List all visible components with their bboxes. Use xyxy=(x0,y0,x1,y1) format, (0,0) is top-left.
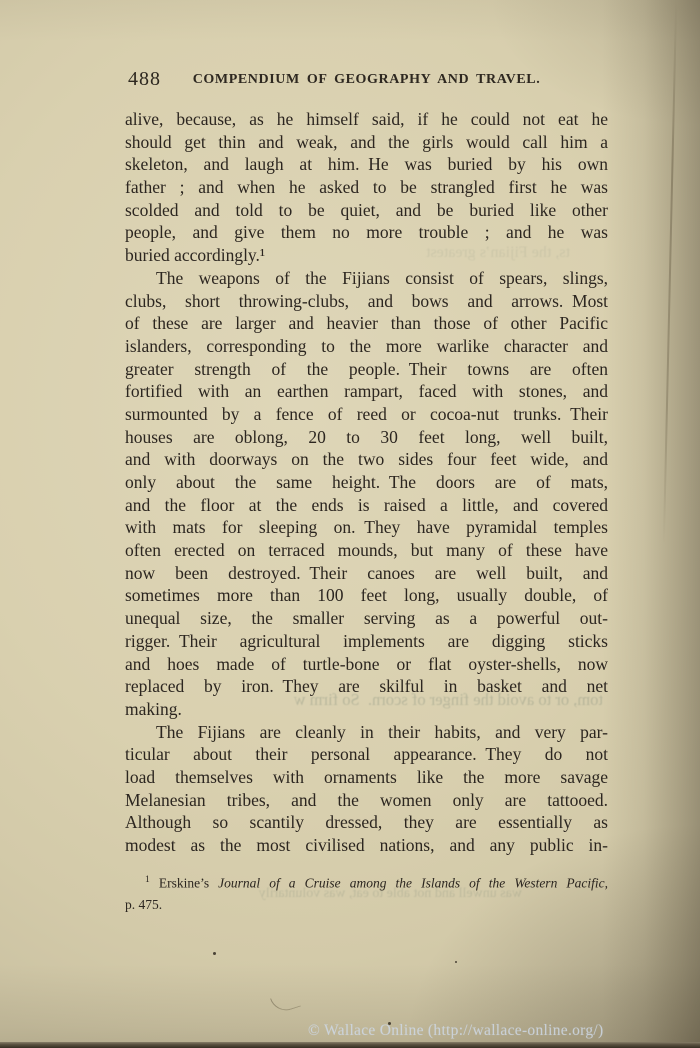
paper-speck xyxy=(455,961,457,963)
running-head: COMPENDIUM OF GEOGRAPHY AND TRAVEL. xyxy=(125,72,608,88)
text-line: skeleton, and laugh at him. He was burie… xyxy=(125,153,608,176)
text-line: should get thin and weak, and the girls … xyxy=(125,131,608,154)
fiber-mark xyxy=(270,990,301,1015)
text-line: load themselves with ornaments like the … xyxy=(125,766,608,789)
footnote: 1 Erskine’s Journal of a Cruise among th… xyxy=(125,870,608,915)
text-line: and hoes made of turtle-bone or flat oys… xyxy=(125,653,608,676)
paper-speck xyxy=(213,952,216,955)
text-line: and the floor at the ends is raised a li… xyxy=(125,494,608,517)
text-line: people, and give them no more trouble ; … xyxy=(125,221,608,244)
text-line: buried accordingly.¹ xyxy=(125,244,608,267)
page-header: 488 COMPENDIUM OF GEOGRAPHY AND TRAVEL. xyxy=(125,68,608,94)
watermark: © Wallace Online (http://wallace-online.… xyxy=(308,1022,603,1040)
body-text: alive, because, as he himself said, if h… xyxy=(125,108,608,857)
text-line: modest as the most civilised nations, an… xyxy=(125,834,608,857)
text-line: Melanesian tribes, and the women only ar… xyxy=(125,789,608,812)
text-line: The Fijians are cleanly in their habits,… xyxy=(125,721,608,744)
text-line: and with doorways on the two sides four … xyxy=(125,448,608,471)
footnote-title: Journal of a Cruise among the Islands of… xyxy=(218,876,608,891)
text-line: greater strength of the people. Their to… xyxy=(125,358,608,381)
text-line: islanders, corresponding to the more war… xyxy=(125,335,608,358)
text-line: father ; and when he asked to be strangl… xyxy=(125,176,608,199)
footnote-line-2: p. 475. xyxy=(125,894,608,915)
text-line: unequal size, the smaller serving as a p… xyxy=(125,607,608,630)
text-line: The weapons of the Fijians consist of sp… xyxy=(125,267,608,290)
text-line: of these are larger and heavier than tho… xyxy=(125,312,608,335)
text-line: fortified with an earthen rampart, faced… xyxy=(125,380,608,403)
text-line: rigger. Their agricultural implements ar… xyxy=(125,630,608,653)
text-line: now been destroyed. Their canoes are wel… xyxy=(125,562,608,585)
text-line: often erected on terraced mounds, but ma… xyxy=(125,539,608,562)
text-line: scolded and told to be quiet, and be bur… xyxy=(125,199,608,222)
text-line: Although so scantily dressed, they are e… xyxy=(125,811,608,834)
text-line: surmounted by a fence of reed or cocoa-n… xyxy=(125,403,608,426)
text-line: only about the same height. The doors ar… xyxy=(125,471,608,494)
page-bottom-edge xyxy=(0,1042,700,1048)
text-line: with mats for sleeping on. They have pyr… xyxy=(125,516,608,539)
text-line: alive, because, as he himself said, if h… xyxy=(125,108,608,131)
footnote-author: Erskine’s xyxy=(150,876,218,891)
page-crease xyxy=(663,0,677,545)
text-line: ticular about their personal appearance.… xyxy=(125,743,608,766)
text-line: replaced by iron. They are skilful in ba… xyxy=(125,675,608,698)
text-line: making. xyxy=(125,698,608,721)
footnote-line-1: 1 Erskine’s Journal of a Cruise among th… xyxy=(125,870,608,894)
text-line: sometimes more than 100 feet long, usual… xyxy=(125,584,608,607)
text-line: houses are oblong, 20 to 30 feet long, w… xyxy=(125,426,608,449)
scanned-book-page: 488 COMPENDIUM OF GEOGRAPHY AND TRAVEL. … xyxy=(0,0,700,1048)
text-line: clubs, short throwing-clubs, and bows an… xyxy=(125,290,608,313)
